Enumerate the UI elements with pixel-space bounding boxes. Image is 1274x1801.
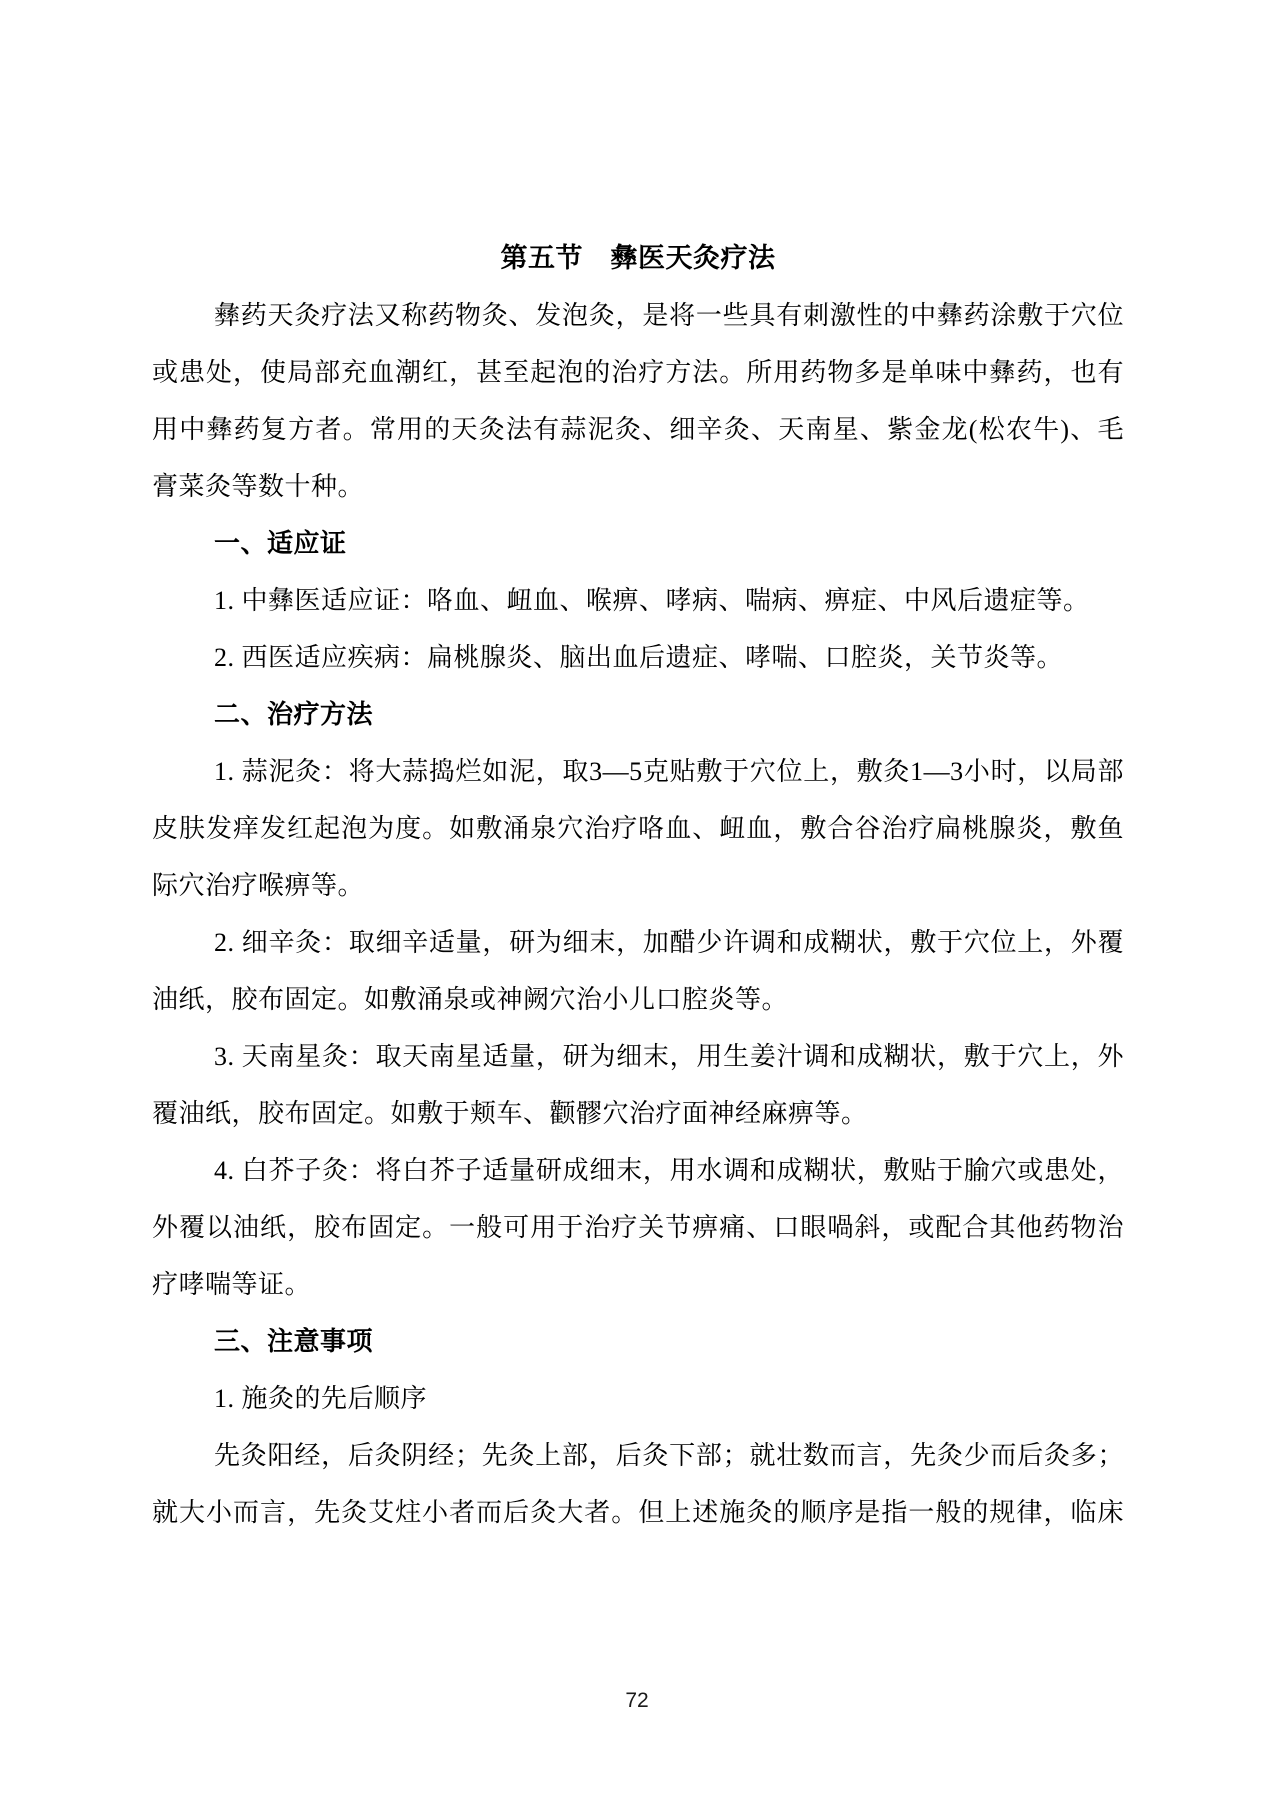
page-number: 72 (0, 1686, 1274, 1716)
list-item-line: 1. 蒜泥灸：将大蒜捣烂如泥，取3—5克贴敷于穴位上，敷灸1—3小时，以局部 (152, 743, 1124, 800)
paragraph-line: 先灸阳经，后灸阴经；先灸上部，后灸下部；就壮数而言，先灸少而后灸多； (152, 1427, 1124, 1484)
paragraph-line: 际穴治疗喉痹等。 (152, 857, 1124, 914)
list-item-line: 2. 西医适应疾病：扁桃腺炎、脑出血后遗症、哮喘、口腔炎，关节炎等。 (152, 629, 1124, 686)
section-heading: 一、适应证 (152, 515, 1124, 572)
document-page: 第五节 彝医天灸疗法彝药天灸疗法又称药物灸、发泡灸，是将一些具有刺激性的中彝药涂… (0, 0, 1274, 1801)
section-heading: 二、治疗方法 (152, 686, 1124, 743)
paragraph-line: 皮肤发痒发红起泡为度。如敷涌泉穴治疗咯血、衄血，敷合谷治疗扁桃腺炎，敷鱼 (152, 800, 1124, 857)
section-heading: 三、注意事项 (152, 1313, 1124, 1370)
paragraph-line: 外覆以油纸，胶布固定。一般可用于治疗关节痹痛、口眼喎斜，或配合其他药物治 (152, 1199, 1124, 1256)
paragraph-line: 油纸，胶布固定。如敷涌泉或神阙穴治小儿口腔炎等。 (152, 971, 1124, 1028)
document-content: 第五节 彝医天灸疗法彝药天灸疗法又称药物灸、发泡灸，是将一些具有刺激性的中彝药涂… (152, 230, 1124, 1541)
paragraph-line: 覆油纸，胶布固定。如敷于颊车、颧髎穴治疗面神经麻痹等。 (152, 1085, 1124, 1142)
list-item-line: 2. 细辛灸：取细辛适量，研为细末，加醋少许调和成糊状，敷于穴位上，外覆 (152, 914, 1124, 971)
paragraph-line: 膏菜灸等数十种。 (152, 458, 1124, 515)
paragraph-line: 就大小而言，先灸艾炷小者而后灸大者。但上述施灸的顺序是指一般的规律，临床 (152, 1484, 1124, 1541)
paragraph-line: 彝药天灸疗法又称药物灸、发泡灸，是将一些具有刺激性的中彝药涂敷于穴位 (152, 287, 1124, 344)
paragraph-line: 或患处，使局部充血潮红，甚至起泡的治疗方法。所用药物多是单味中彝药，也有 (152, 344, 1124, 401)
list-item-line: 1. 施灸的先后顺序 (152, 1370, 1124, 1427)
list-item-line: 1. 中彝医适应证：咯血、衄血、喉痹、哮病、喘病、痹症、中风后遗症等。 (152, 572, 1124, 629)
paragraph-line: 疗哮喘等证。 (152, 1256, 1124, 1313)
paragraph-line: 用中彝药复方者。常用的天灸法有蒜泥灸、细辛灸、天南星、紫金龙(松农牛)、毛 (152, 401, 1124, 458)
list-item-line: 3. 天南星灸：取天南星适量，研为细末，用生姜汁调和成糊状，敷于穴上，外 (152, 1028, 1124, 1085)
section-title: 第五节 彝医天灸疗法 (152, 230, 1124, 287)
list-item-line: 4. 白芥子灸：将白芥子适量研成细末，用水调和成糊状，敷贴于腧穴或患处， (152, 1142, 1124, 1199)
